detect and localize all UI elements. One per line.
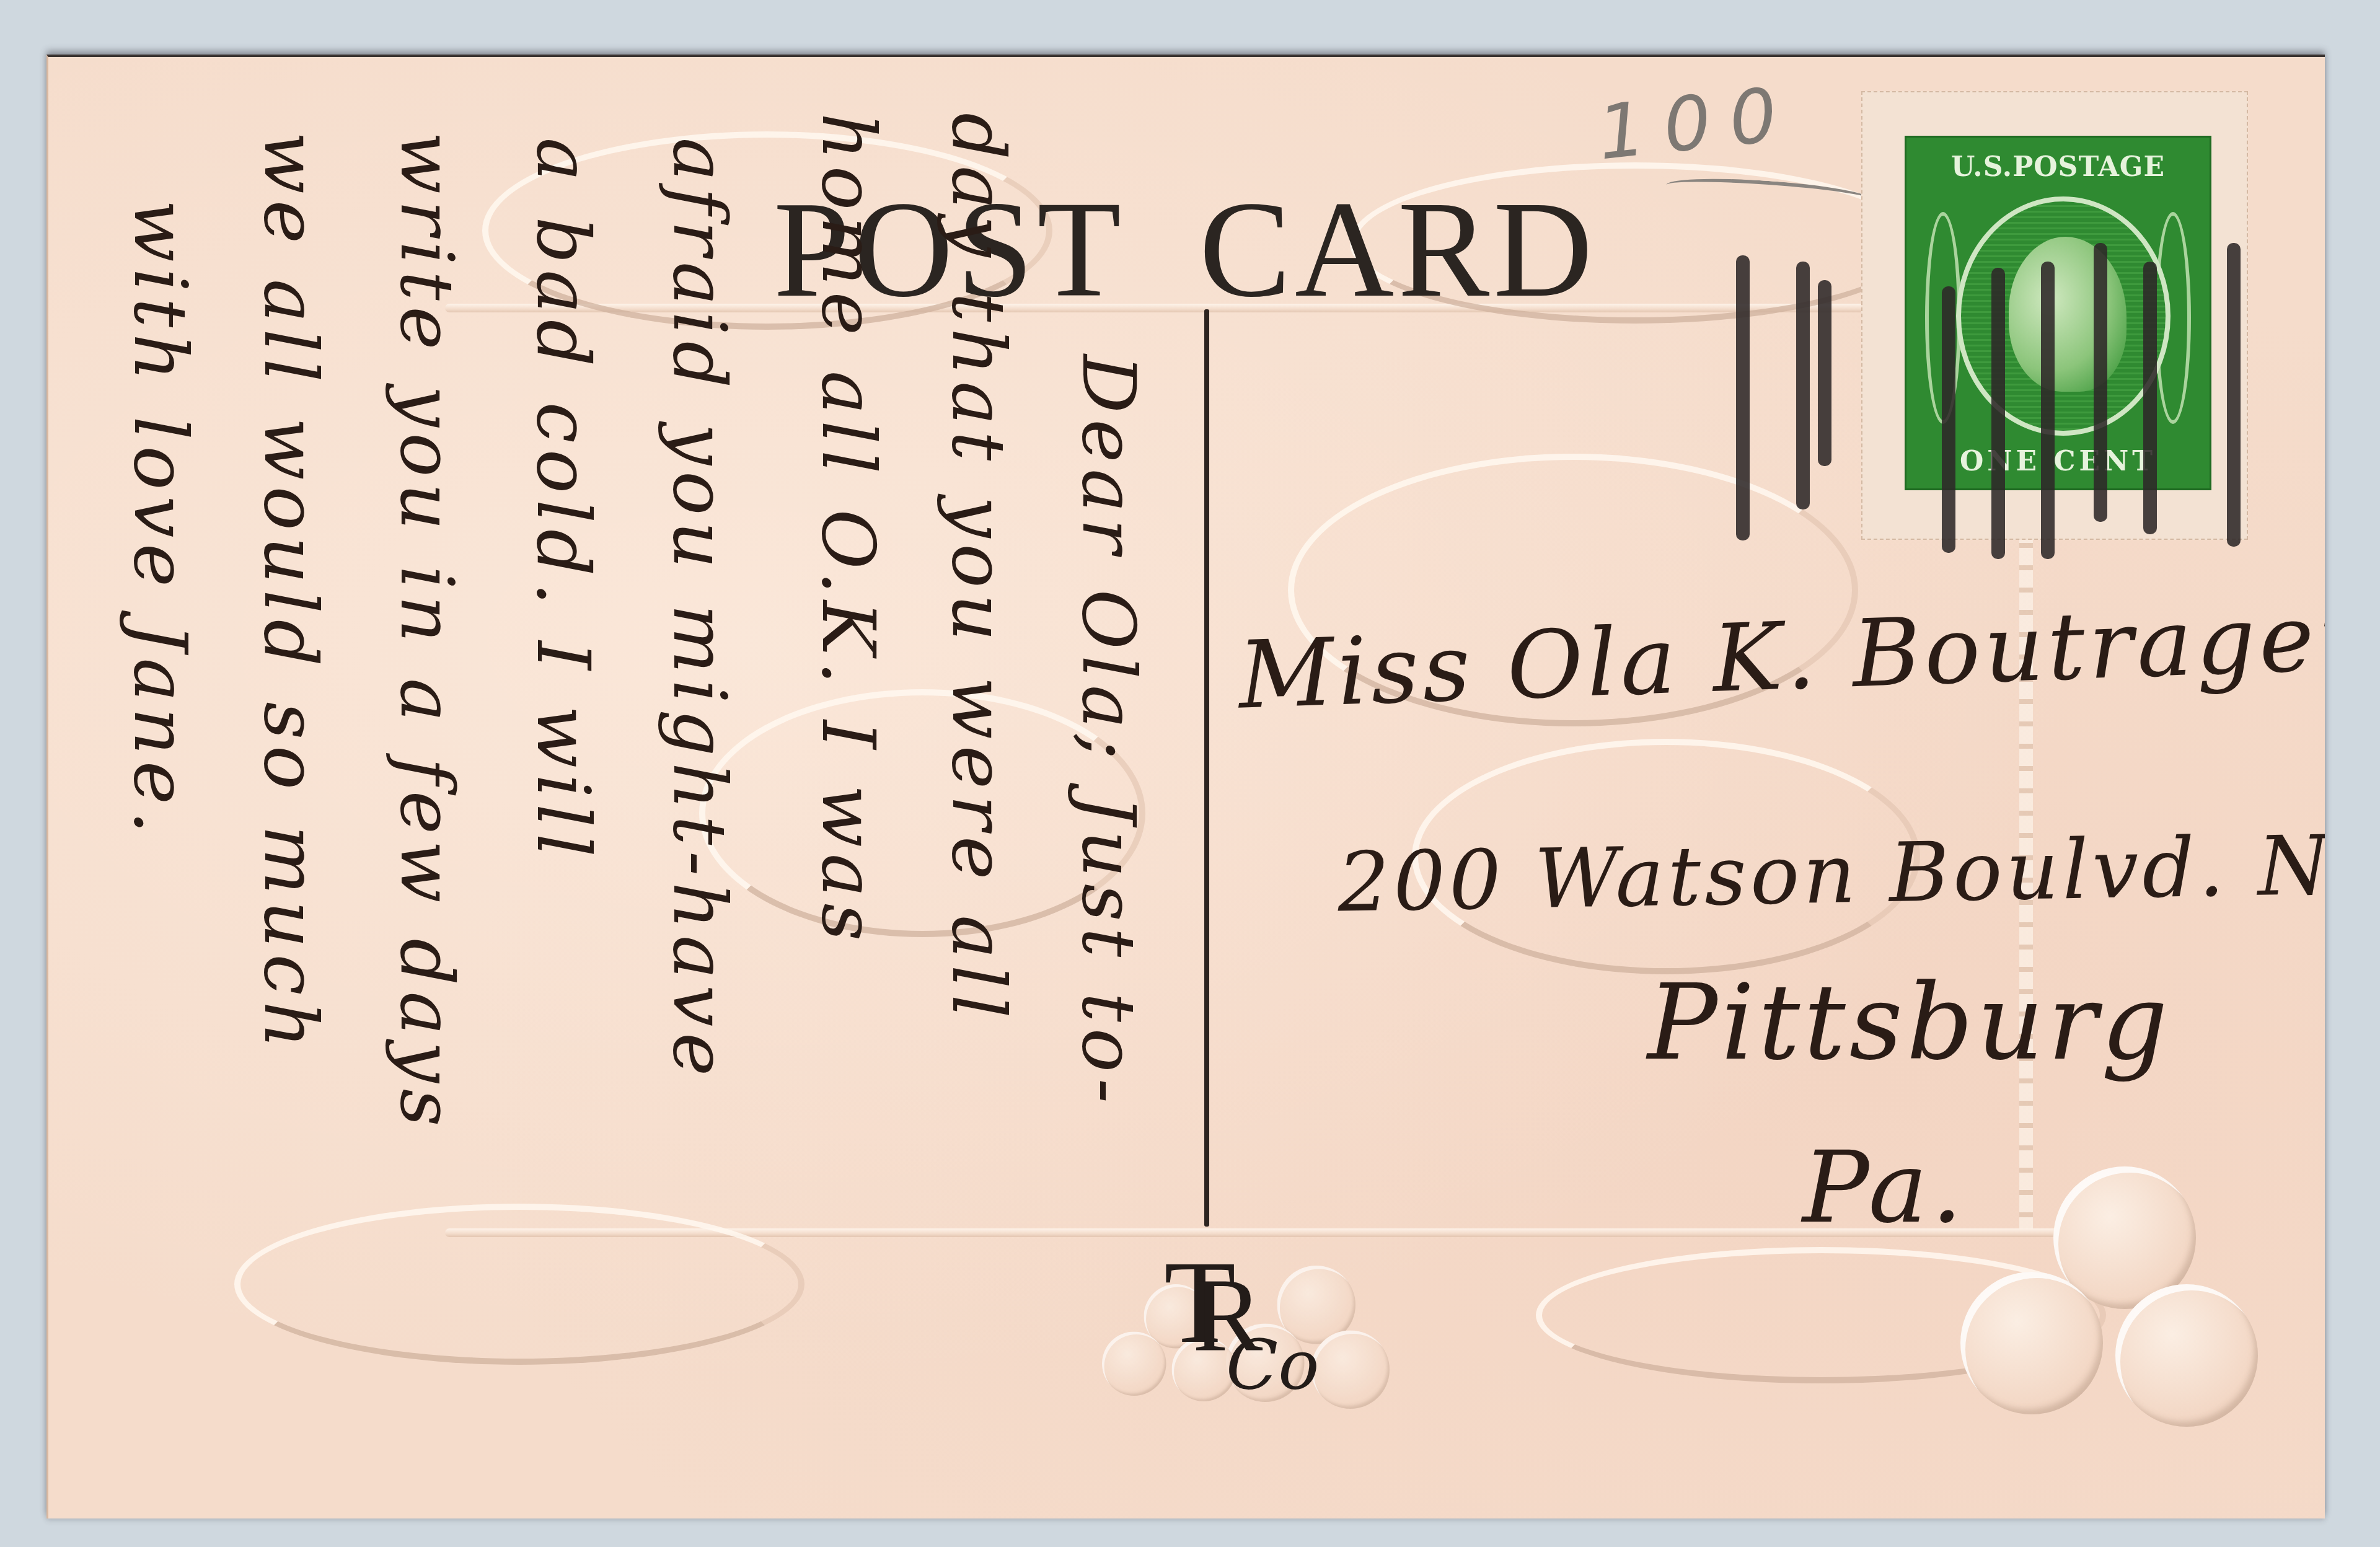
- cancel-bar: [1942, 286, 1955, 553]
- cancel-bar: [1991, 268, 2005, 559]
- message-line: afraid you might-have: [657, 138, 743, 1082]
- cancel-bar: [2227, 243, 2241, 547]
- cancel-bar: [2143, 262, 2157, 534]
- message-line: with love Jane.: [118, 200, 203, 840]
- cancel-bar: [1736, 255, 1750, 540]
- message-line: day that you were all: [936, 113, 1021, 1024]
- publisher-monogram-logo: T R Co: [1164, 1244, 1300, 1405]
- cancel-bar: [2094, 243, 2107, 522]
- cancel-bar: [1796, 262, 1810, 509]
- stamp-top-text: U.S.POSTAGE: [1906, 151, 2210, 183]
- message-line: home all O.K. I was: [806, 113, 891, 947]
- message-line: a bad cold. I will: [521, 138, 606, 863]
- message-line: write you in a few days: [384, 131, 470, 1132]
- postcard: POSTCARD 100 U.S.POSTAGE ONE CENT Miss O…: [46, 55, 2325, 1518]
- cancel-bar: [2041, 262, 2055, 559]
- monogram-co: Co: [1226, 1331, 1319, 1399]
- cancel-bar: [1818, 280, 1831, 466]
- emboss-swirl: [234, 1204, 804, 1365]
- postcard-heading: POSTCARD: [773, 181, 1597, 319]
- recipient-city: Pittsburg: [1647, 962, 2172, 1083]
- embossed-clover-icon: [1960, 1166, 2283, 1439]
- recipient-state: Pa.: [1802, 1129, 1967, 1245]
- message-line: we all would so much: [248, 131, 333, 1055]
- pencil-price-note: 100: [1594, 71, 1800, 177]
- message-line: Dear Ola; Just to-: [1066, 355, 1152, 1109]
- center-divider-line: [1204, 309, 1209, 1227]
- recipient-street: 200 Watson Boulvd. N.S.: [1337, 816, 2325, 930]
- heading-word-card: CARD: [1199, 174, 1597, 326]
